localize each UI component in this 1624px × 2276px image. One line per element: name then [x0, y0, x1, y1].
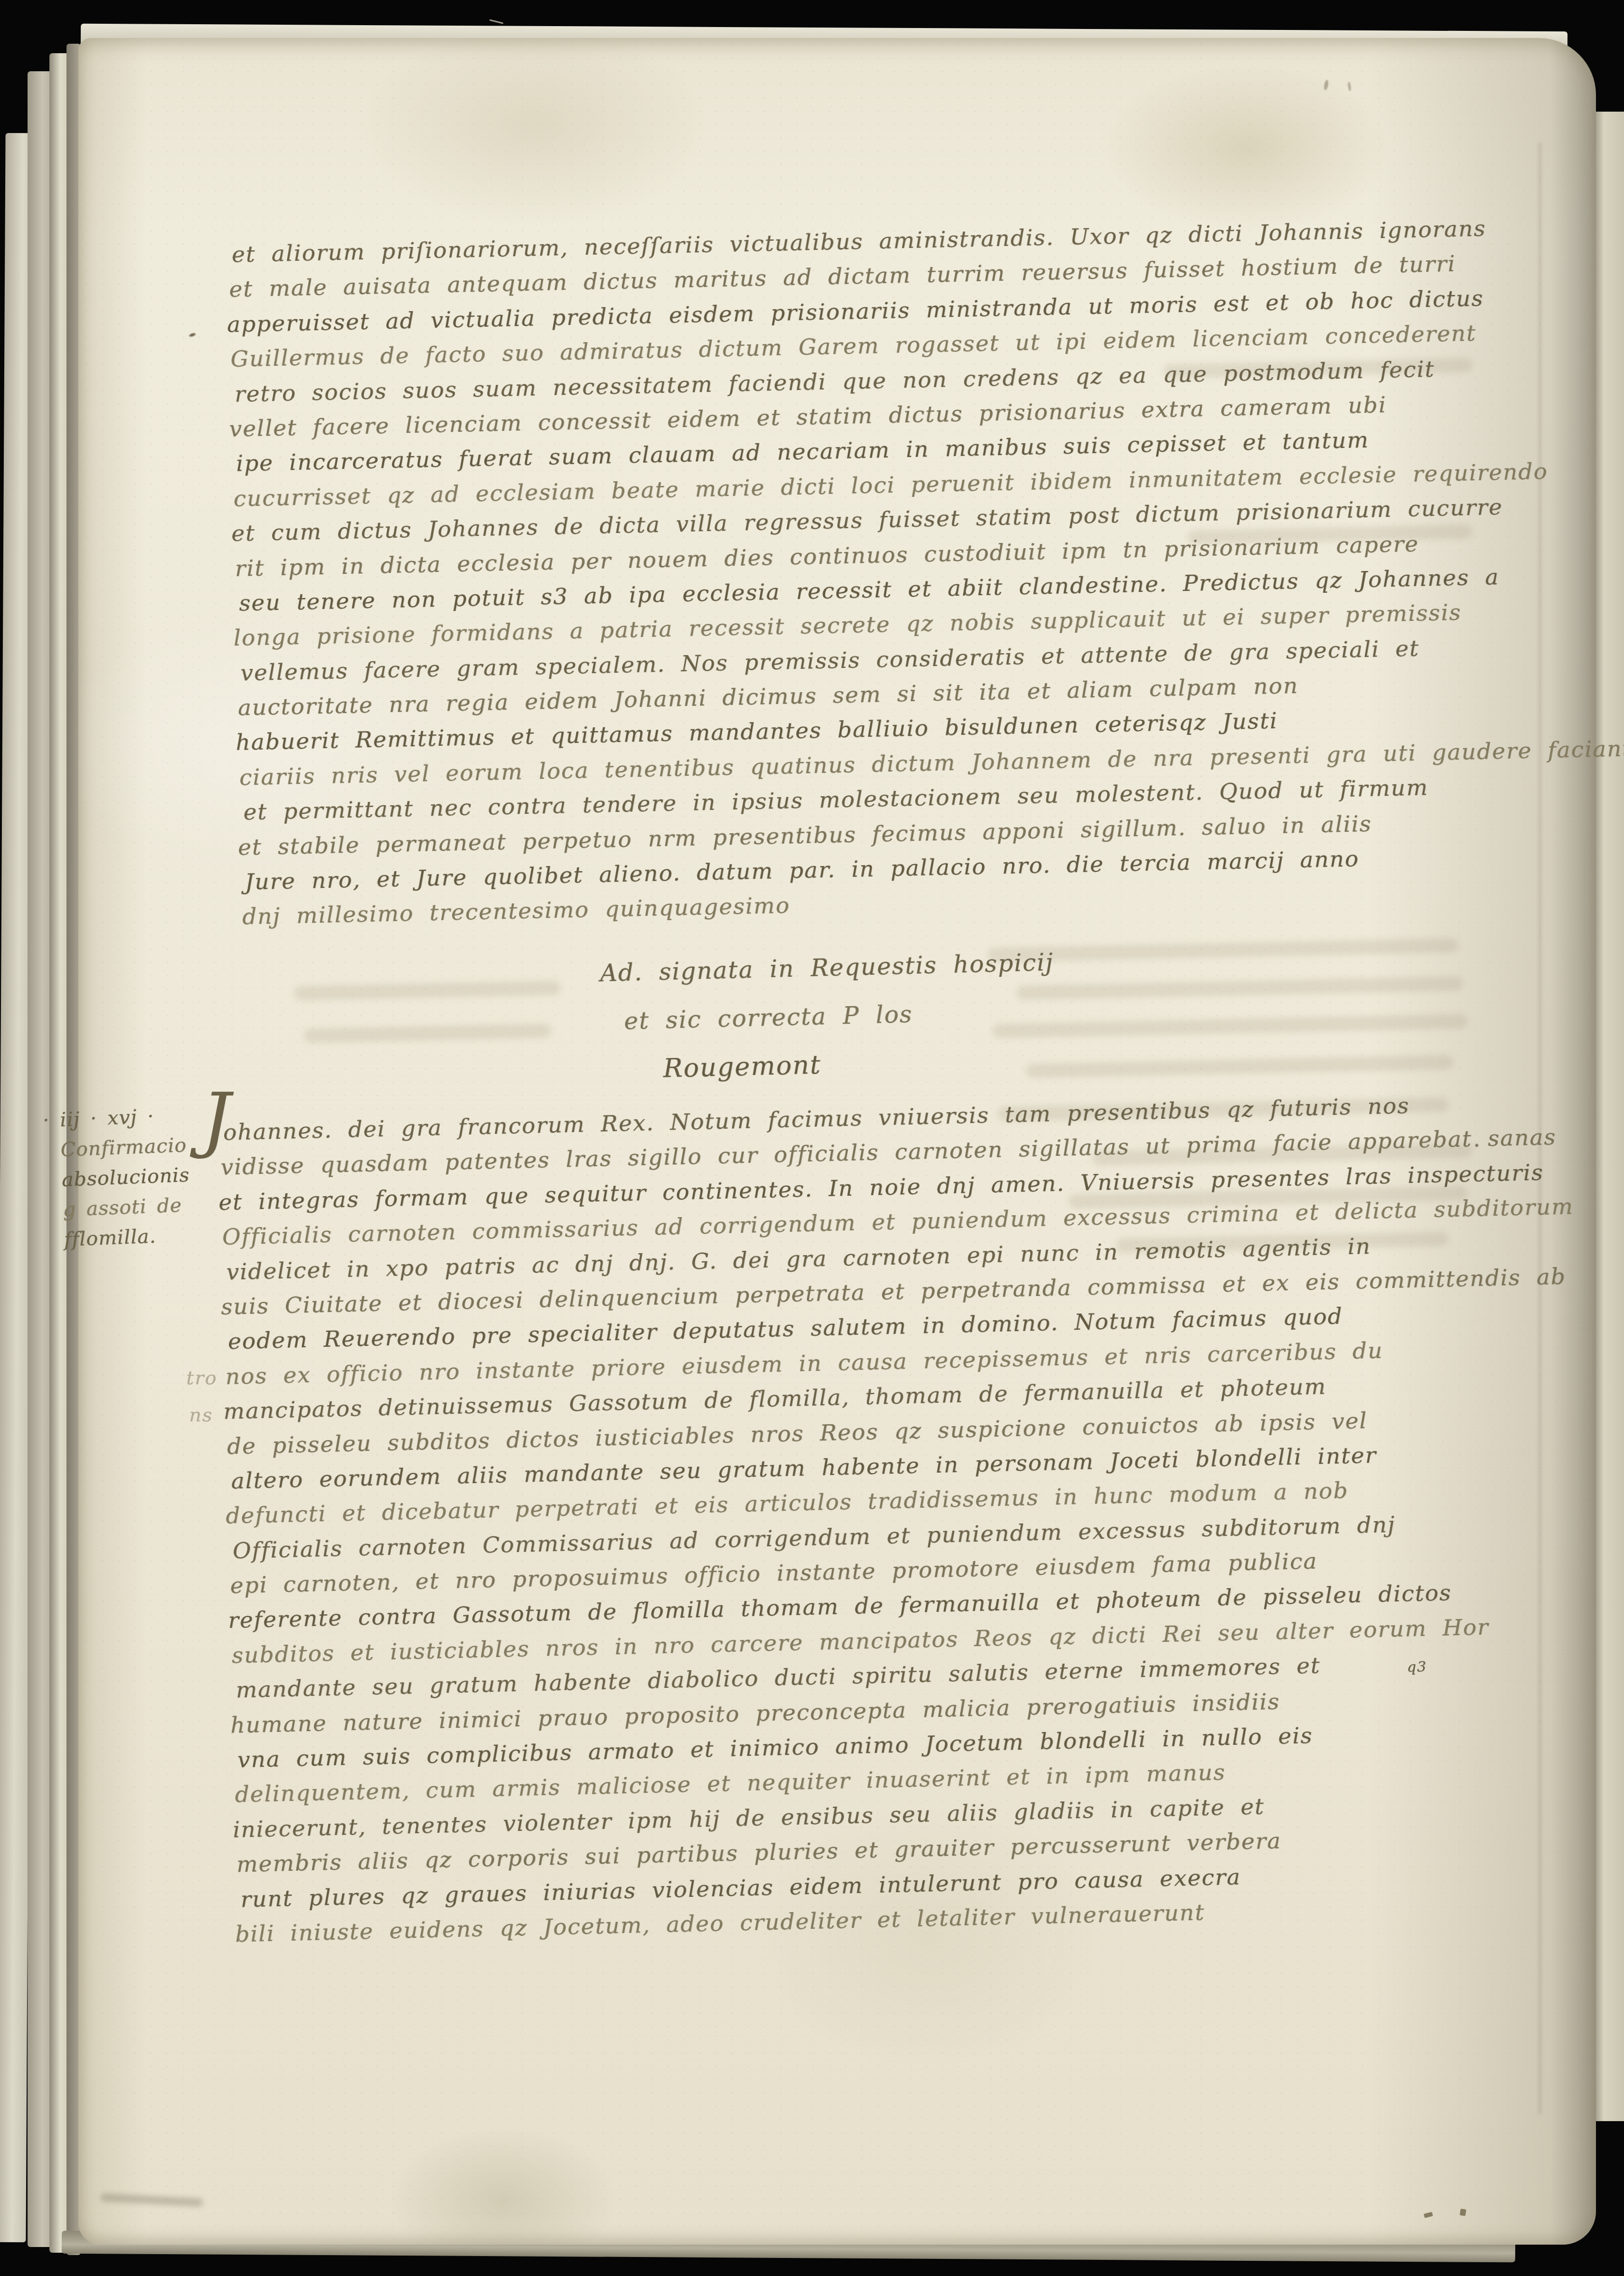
- manuscript-line: absolucionis: [61, 1160, 190, 1195]
- first-act-text-block: et aliorum priſionariorum, neceſſariis v…: [228, 209, 1624, 935]
- manuscript-line: fflomilla.: [64, 1220, 192, 1255]
- manuscript-line: Rougemont: [663, 1035, 1056, 1093]
- margin-note: · iij · xvj ·Confirmacioabsolucionisg as…: [39, 1100, 192, 1256]
- quire-mark: [1460, 2209, 1466, 2216]
- manuscript-line: Confirmacio: [60, 1130, 189, 1165]
- scratch-mark: [489, 19, 503, 24]
- photo-background: · iij · xvj ·Confirmacioabsolucionisg as…: [0, 0, 1624, 2276]
- ink-bleed-fragment: ns: [189, 1404, 213, 1426]
- interlinear-addition: q3: [1407, 1659, 1427, 1676]
- manuscript-line: · iij · xvj ·: [42, 1100, 188, 1136]
- chancery-subscription: Ad. signata in Requestis hospicijet sic …: [596, 938, 1056, 1094]
- manuscript-line: g assoti de: [62, 1190, 191, 1225]
- ink-speck: [1475, 1144, 1478, 1147]
- ink-bleed-fragment: tro: [186, 1367, 217, 1389]
- second-act-text-block: ohannes. dei gra francorum Rex. Notum fa…: [219, 1085, 1590, 1952]
